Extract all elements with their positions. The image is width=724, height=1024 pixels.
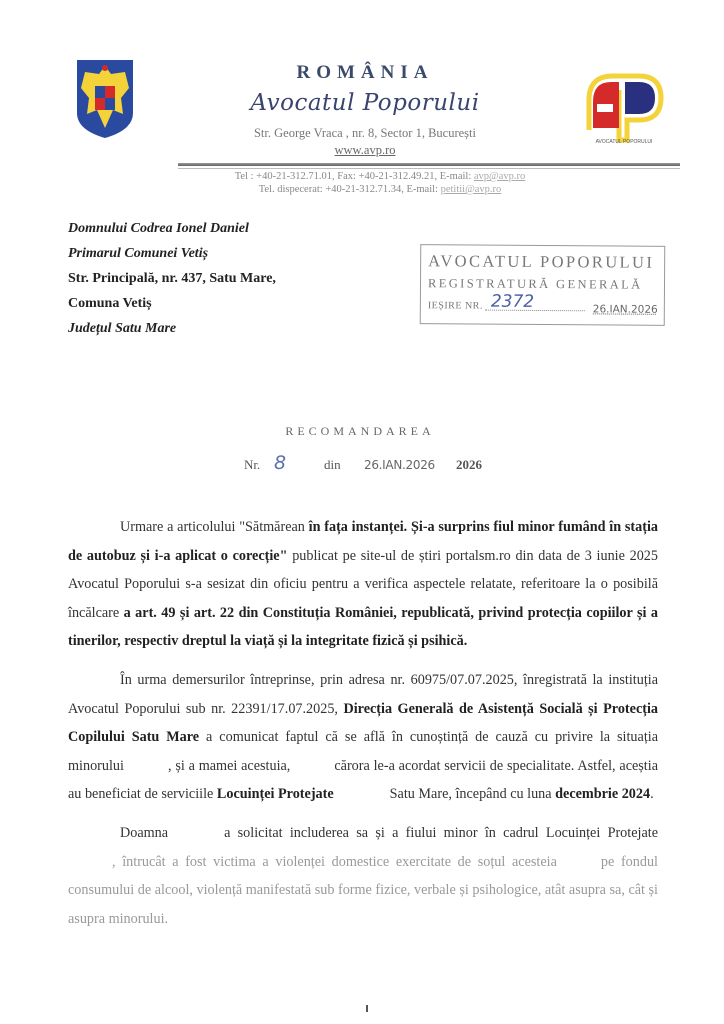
email-link-avp[interactable]: avp@avp.ro (474, 171, 525, 182)
stamp-exit-label: IEȘIRE NR. (428, 300, 483, 311)
avp-logo-icon: AVOCATUL POPORULUI (583, 70, 665, 145)
header-contact: Tel : +40-21-312.71.01, Fax: +40-21-312.… (180, 170, 580, 196)
document-date-stamp: 26.IAN.2026 (364, 458, 456, 472)
contact-phone-fax: Tel : +40-21-312.71.01, Fax: +40-21-312.… (235, 171, 474, 182)
header-divider (178, 163, 680, 166)
header-website-link[interactable]: www.avp.ro (200, 143, 530, 158)
din-label: din (324, 457, 364, 473)
recipient-commune: Comuna Vetiș (68, 291, 276, 316)
recipient-county: Județul Satu Mare (68, 316, 276, 341)
registry-stamp: AVOCATUL POPORULUI REGISTRATURĂ GENERALĂ… (420, 244, 666, 326)
header-address: Str. George Vraca , nr. 8, Sector 1, Buc… (200, 126, 530, 141)
romania-coat-of-arms-icon (75, 58, 135, 140)
document-year: 2026 (456, 457, 482, 473)
stamp-date: 26.IAN.2026 (593, 303, 658, 315)
paragraph-3: Doamnaa solicitat includerea sa și a fiu… (68, 819, 658, 933)
header-divider-thin (178, 168, 680, 169)
page-mark (366, 1005, 368, 1012)
recipient-title: Primarul Comunei Vetiș (68, 241, 276, 266)
recipient-name: Domnului Codrea Ionel Daniel (68, 216, 276, 241)
document-body: Urmare a articolului "Sătmărean în fața … (68, 513, 658, 943)
recipient-street: Str. Principală, nr. 437, Satu Mare, (68, 266, 276, 291)
recipient-block: Domnului Codrea Ionel Daniel Primarul Co… (68, 216, 276, 341)
stamp-registry: REGISTRATURĂ GENERALĂ (428, 276, 643, 292)
nr-label: Nr. (244, 457, 274, 473)
header-country: ROMÂNIA (200, 62, 530, 84)
document-number-line: Nr.8din26.IAN.20262026 (244, 452, 482, 474)
stamp-institution: AVOCATUL POPORULUI (428, 251, 654, 273)
nr-value: 8 (274, 452, 324, 474)
contact-dispatch: Tel. dispecerat: +40-21-312.71.34, E-mai… (259, 184, 441, 195)
document-title: RECOMANDAREA (230, 424, 490, 439)
paragraph-2: În urma demersurilor întreprinse, prin a… (68, 666, 658, 809)
header-institution: Avocatul Poporului (200, 90, 530, 116)
paragraph-1: Urmare a articolului "Sătmărean în fața … (68, 513, 658, 656)
svg-text:AVOCATUL POPORULUI: AVOCATUL POPORULUI (596, 139, 653, 145)
email-link-petitii[interactable]: petitii@avp.ro (441, 184, 502, 195)
